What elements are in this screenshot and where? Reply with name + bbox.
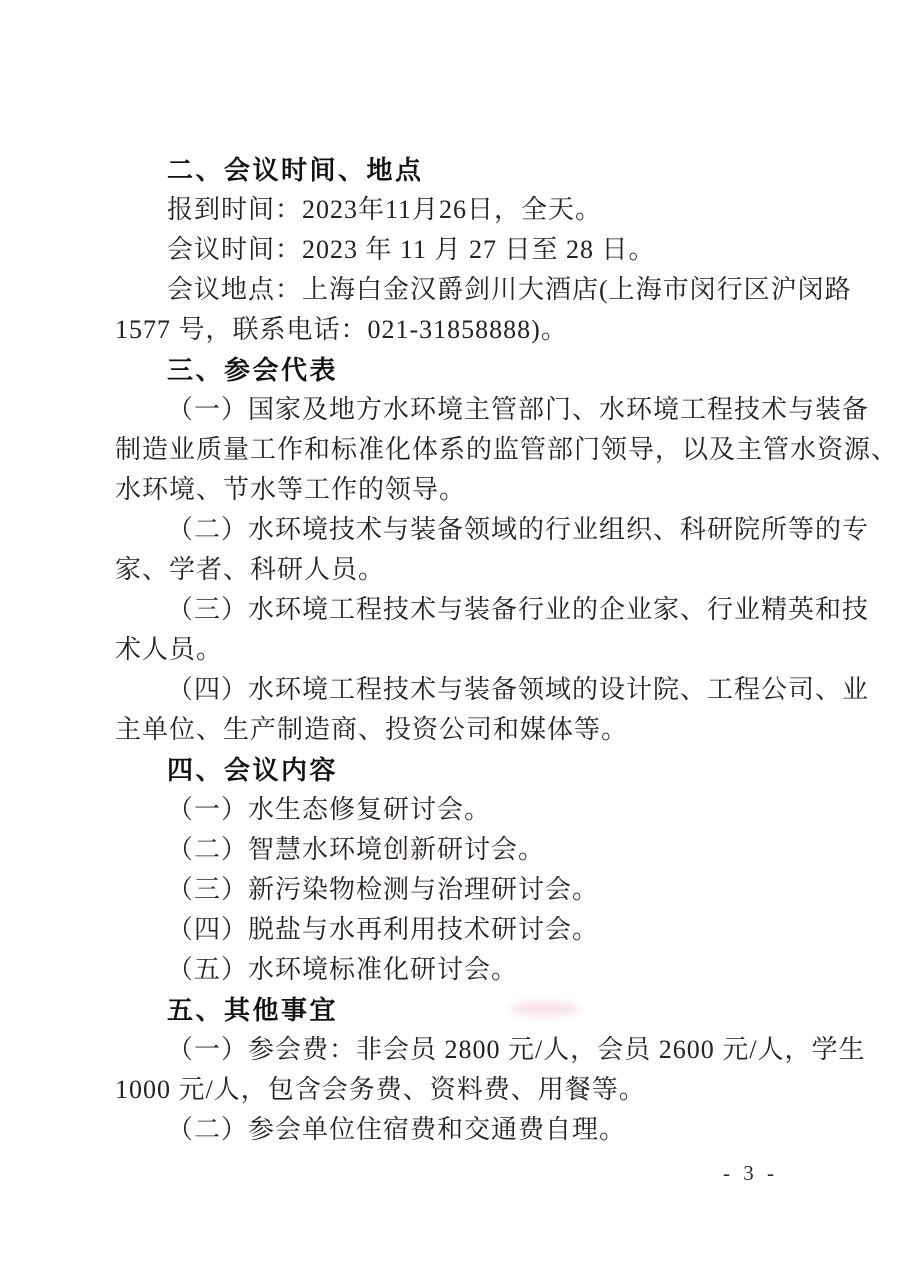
line-registration-time: 报到时间：2023年11月26日，全天。 [115,190,885,230]
section-heading-other-matters: 五、其他事宜 [115,990,885,1030]
line-delegates-item-3-cont: 术人员。 [115,630,885,670]
line-agenda-item-3: （三）新污染物检测与治理研讨会。 [115,870,885,910]
line-fees: （一）参会费：非会员 2800 元/人，会员 2600 元/人，学生 [115,1030,885,1070]
line-meeting-location-continued: 1577 号，联系电话：021-31858888)。 [115,310,885,350]
line-delegates-item-1-cont-1: 制造业质量工作和标准化体系的监管部门领导，以及主管水资源、 [115,430,885,470]
line-delegates-item-4: （四）水环境工程技术与装备领域的设计院、工程公司、业 [115,670,885,710]
line-agenda-item-1: （一）水生态修复研讨会。 [115,790,885,830]
line-delegates-item-2-cont: 家、学者、科研人员。 [115,550,885,590]
line-agenda-item-4: （四）脱盐与水再利用技术研讨会。 [115,910,885,950]
page-number: - 3 - [115,1160,880,1186]
line-meeting-time: 会议时间：2023 年 11 月 27 日至 28 日。 [115,230,885,270]
line-agenda-item-2: （二）智慧水环境创新研讨会。 [115,830,885,870]
line-delegates-item-1: （一）国家及地方水环境主管部门、水环境工程技术与装备 [115,390,885,430]
section-heading-delegates: 三、参会代表 [115,350,885,390]
line-meeting-location: 会议地点：上海白金汉爵剑川大酒店(上海市闵行区沪闵路 [115,270,885,310]
line-agenda-item-5: （五）水环境标准化研讨会。 [115,950,885,990]
line-delegates-item-1-cont-2: 水环境、节水等工作的领导。 [115,470,885,510]
line-delegates-item-4-cont: 主单位、生产制造商、投资公司和媒体等。 [115,710,885,750]
line-accommodation: （二）参会单位住宿费和交通费自理。 [115,1110,885,1150]
line-fees-continued: 1000 元/人，包含会务费、资料费、用餐等。 [115,1070,885,1110]
document-body: 二、会议时间、地点 报到时间：2023年11月26日，全天。 会议时间：2023… [115,150,885,1150]
scanned-notice-page: 二、会议时间、地点 报到时间：2023年11月26日，全天。 会议时间：2023… [0,0,900,1273]
section-heading-agenda: 四、会议内容 [115,750,885,790]
section-heading-time-location: 二、会议时间、地点 [115,150,885,190]
line-delegates-item-2: （二）水环境技术与装备领域的行业组织、科研院所等的专 [115,510,885,550]
line-delegates-item-3: （三）水环境工程技术与装备行业的企业家、行业精英和技 [115,590,885,630]
